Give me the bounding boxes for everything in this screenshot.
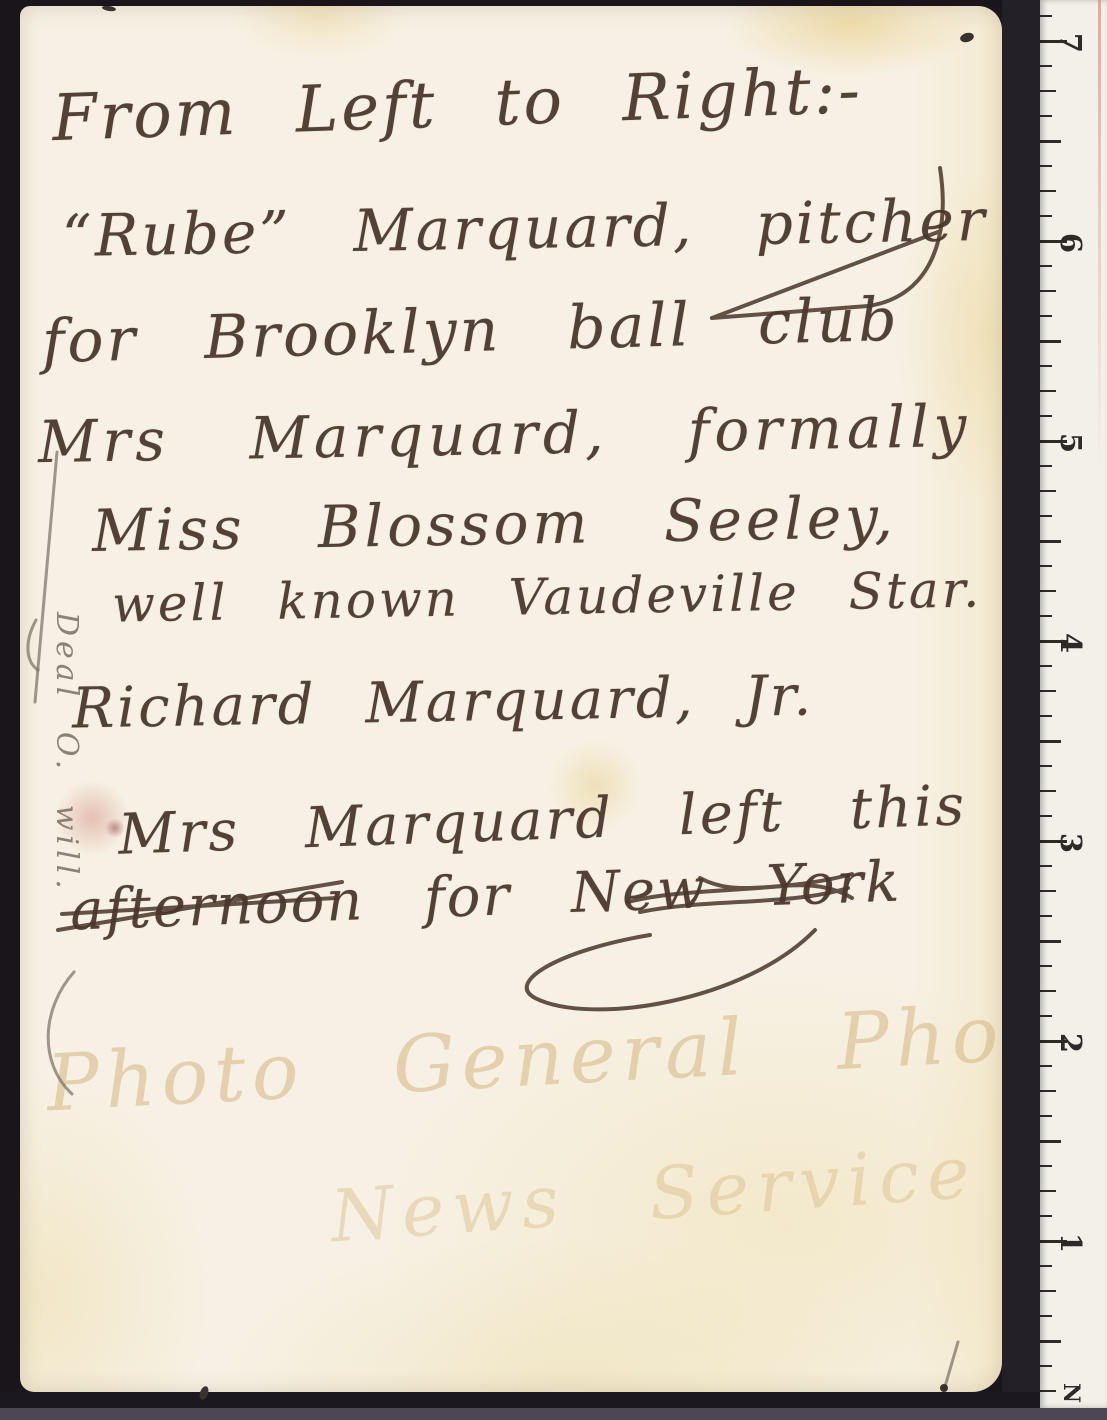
- ruler-mark-7: 7: [1054, 28, 1088, 58]
- ruler-mark-3: 3: [1054, 828, 1088, 858]
- scan-border-bottom-strip: [0, 1408, 1107, 1420]
- inch-ruler: [1040, 0, 1107, 1408]
- speck-bottom-right: [940, 1384, 948, 1392]
- note-line-5: Miss Blossom Seeley,: [91, 483, 897, 565]
- ruler-mark-1: 1: [1054, 1228, 1088, 1258]
- scan-border-bottom: [0, 1392, 1107, 1408]
- photo-verso-scan: From Left to Right:- “Rube” Marquard, pi…: [0, 0, 1107, 1420]
- scan-border-left: [0, 0, 20, 1420]
- note-line-7: Richard Marquard, Jr.: [71, 664, 814, 742]
- margin-vertical-note: Deal O. will.: [49, 612, 84, 894]
- scan-border-top: [0, 0, 1107, 6]
- ruler-bottom-mark: N: [1058, 1378, 1084, 1408]
- scan-gap-card-ruler: [1002, 0, 1040, 1420]
- ruler-mark-5: 5: [1054, 428, 1088, 458]
- ruler-red-line: [1098, 0, 1101, 470]
- ruler-mark-6: 6: [1054, 228, 1088, 258]
- ruler-mark-2: 2: [1054, 1028, 1088, 1058]
- ruler-mark-4: 4: [1054, 628, 1088, 658]
